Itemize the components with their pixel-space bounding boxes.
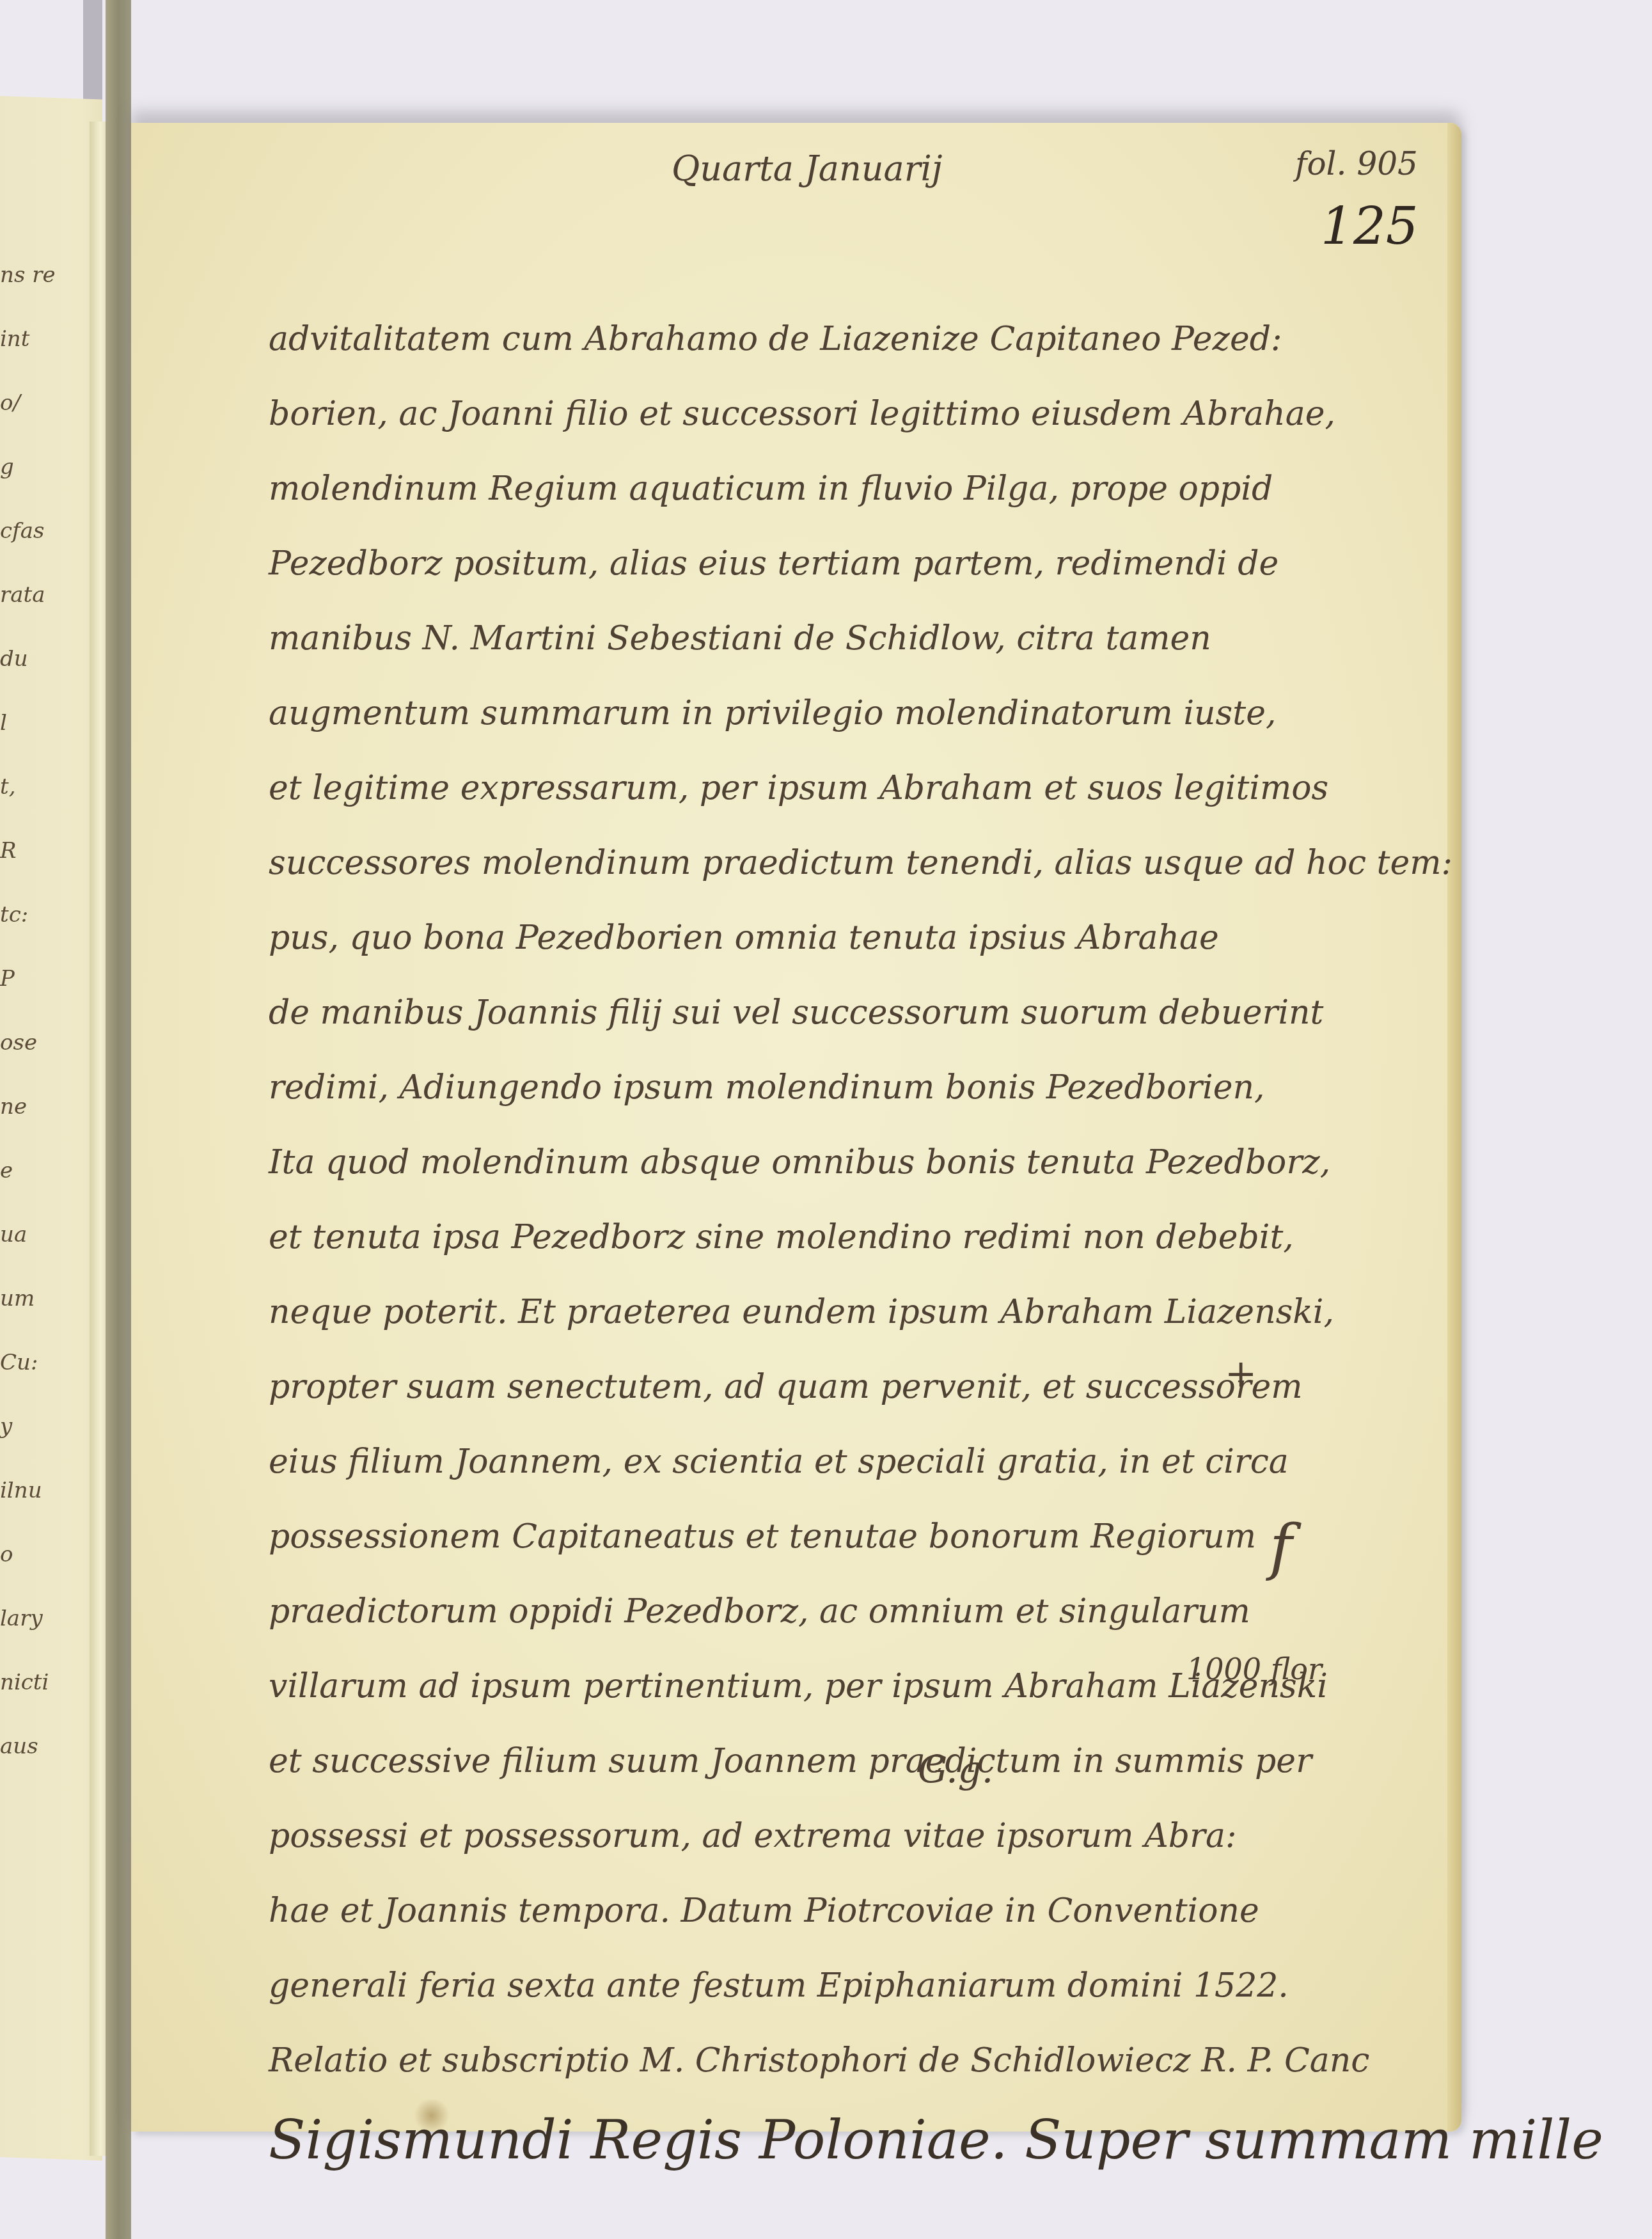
text-line: praedictorum oppidi Pezedborz, ac omnium… [269, 1574, 1356, 1649]
text-line: successores molendinum praedictum tenend… [269, 826, 1356, 901]
text-line: Ita quod molendinum absque omnibus bonis… [269, 1125, 1356, 1200]
left-fragment: ne [0, 1075, 58, 1139]
text-line: eius filium Joannem, ex scientia et spec… [269, 1425, 1356, 1499]
left-fragment: nicti [0, 1650, 58, 1714]
left-fragment: g [0, 435, 58, 499]
left-fragment: cfas [0, 499, 58, 563]
left-fragment: P [0, 947, 58, 1011]
margin-f-mark: f [1270, 1511, 1293, 1583]
folio-number: fol. 905 [1295, 145, 1418, 182]
left-fragment: e [0, 1139, 58, 1203]
left-fragment: ilnu [0, 1459, 58, 1523]
folio-alt-number: 125 [1321, 196, 1419, 256]
left-fragment: lary [0, 1586, 58, 1650]
text-line: propter suam senectutem, ad quam perveni… [269, 1350, 1356, 1425]
text-line: de manibus Joannis filij sui vel success… [269, 976, 1356, 1050]
text-line: redimi, Adiungendo ipsum molendinum boni… [269, 1050, 1356, 1125]
left-fragment: tc: [0, 883, 58, 947]
left-fragment: l [0, 691, 58, 755]
left-fragment: rata [0, 563, 58, 627]
text-line: et tenuta ipsa Pezedborz sine molendino … [269, 1200, 1356, 1275]
left-fragment: um [0, 1267, 58, 1331]
left-fragment: du [0, 627, 58, 691]
manuscript-page: Quarta Januarij fol. 905 125 advitalitat… [131, 123, 1461, 2132]
text-line: pus, quo bona Pezedborien omnia tenuta i… [269, 901, 1356, 976]
text-line: possessionem Capitaneatus et tenutae bon… [269, 1499, 1356, 1574]
margin-cross-mark: + [1225, 1351, 1257, 1396]
left-fragment: t, [0, 755, 58, 819]
text-line: Pezedborz positum, alias eius tertiam pa… [269, 526, 1356, 601]
text-line: generali feria sexta ante festum Epiphan… [269, 1949, 1356, 2023]
page-heading: Quarta Januarij [672, 148, 943, 189]
margin-amount-note: 1000 flor [1186, 1652, 1322, 1686]
book-spine-gutter [106, 0, 131, 2239]
text-line: advitalitatem cum Abrahamo de Liazenize … [269, 302, 1356, 377]
text-line: molendinum Regium aquaticum in fluvio Pi… [269, 452, 1356, 526]
text-line: augmentum summarum in privilegio molendi… [269, 676, 1356, 751]
text-line: et successive filium suum Joannem praedi… [269, 1724, 1356, 1799]
left-fragment: o/ [0, 371, 58, 435]
left-fragment: ua [0, 1203, 58, 1267]
left-fragment: y [0, 1395, 58, 1459]
text-line: borien, ac Joanni filio et successori le… [269, 377, 1356, 452]
left-fragment: R [0, 819, 58, 883]
left-fragment: aus [0, 1714, 58, 1778]
left-fragment: Cu: [0, 1331, 58, 1395]
text-line: possessi et possessorum, ad extrema vita… [269, 1799, 1356, 1874]
page-edge [1447, 123, 1461, 2132]
left-fragment: ns re [0, 243, 58, 307]
text-line-sigismundi: Sigismundi Regis Poloniae. Super summam … [269, 2098, 1356, 2181]
left-page-text-fragments: ns re int o/ g cfas rata du l t, R tc: P… [0, 243, 58, 1778]
left-fragment: o [0, 1523, 58, 1586]
text-line: hae et Joannis tempora. Datum Piotrcovia… [269, 1874, 1356, 1949]
text-line: et legitime expressarum, per ipsum Abrah… [269, 751, 1356, 826]
text-line: manibus N. Martini Sebestiani de Schidlo… [269, 601, 1356, 676]
text-line: Relatio et subscriptio M. Christophori d… [269, 2023, 1356, 2098]
left-fragment: ose [0, 1011, 58, 1075]
left-fragment: int [0, 307, 58, 371]
signature-initials: G.g. [918, 1748, 993, 1791]
text-line: neque poterit. Et praeterea eundem ipsum… [269, 1275, 1356, 1350]
manuscript-body: advitalitatem cum Abrahamo de Liazenize … [269, 302, 1356, 2181]
